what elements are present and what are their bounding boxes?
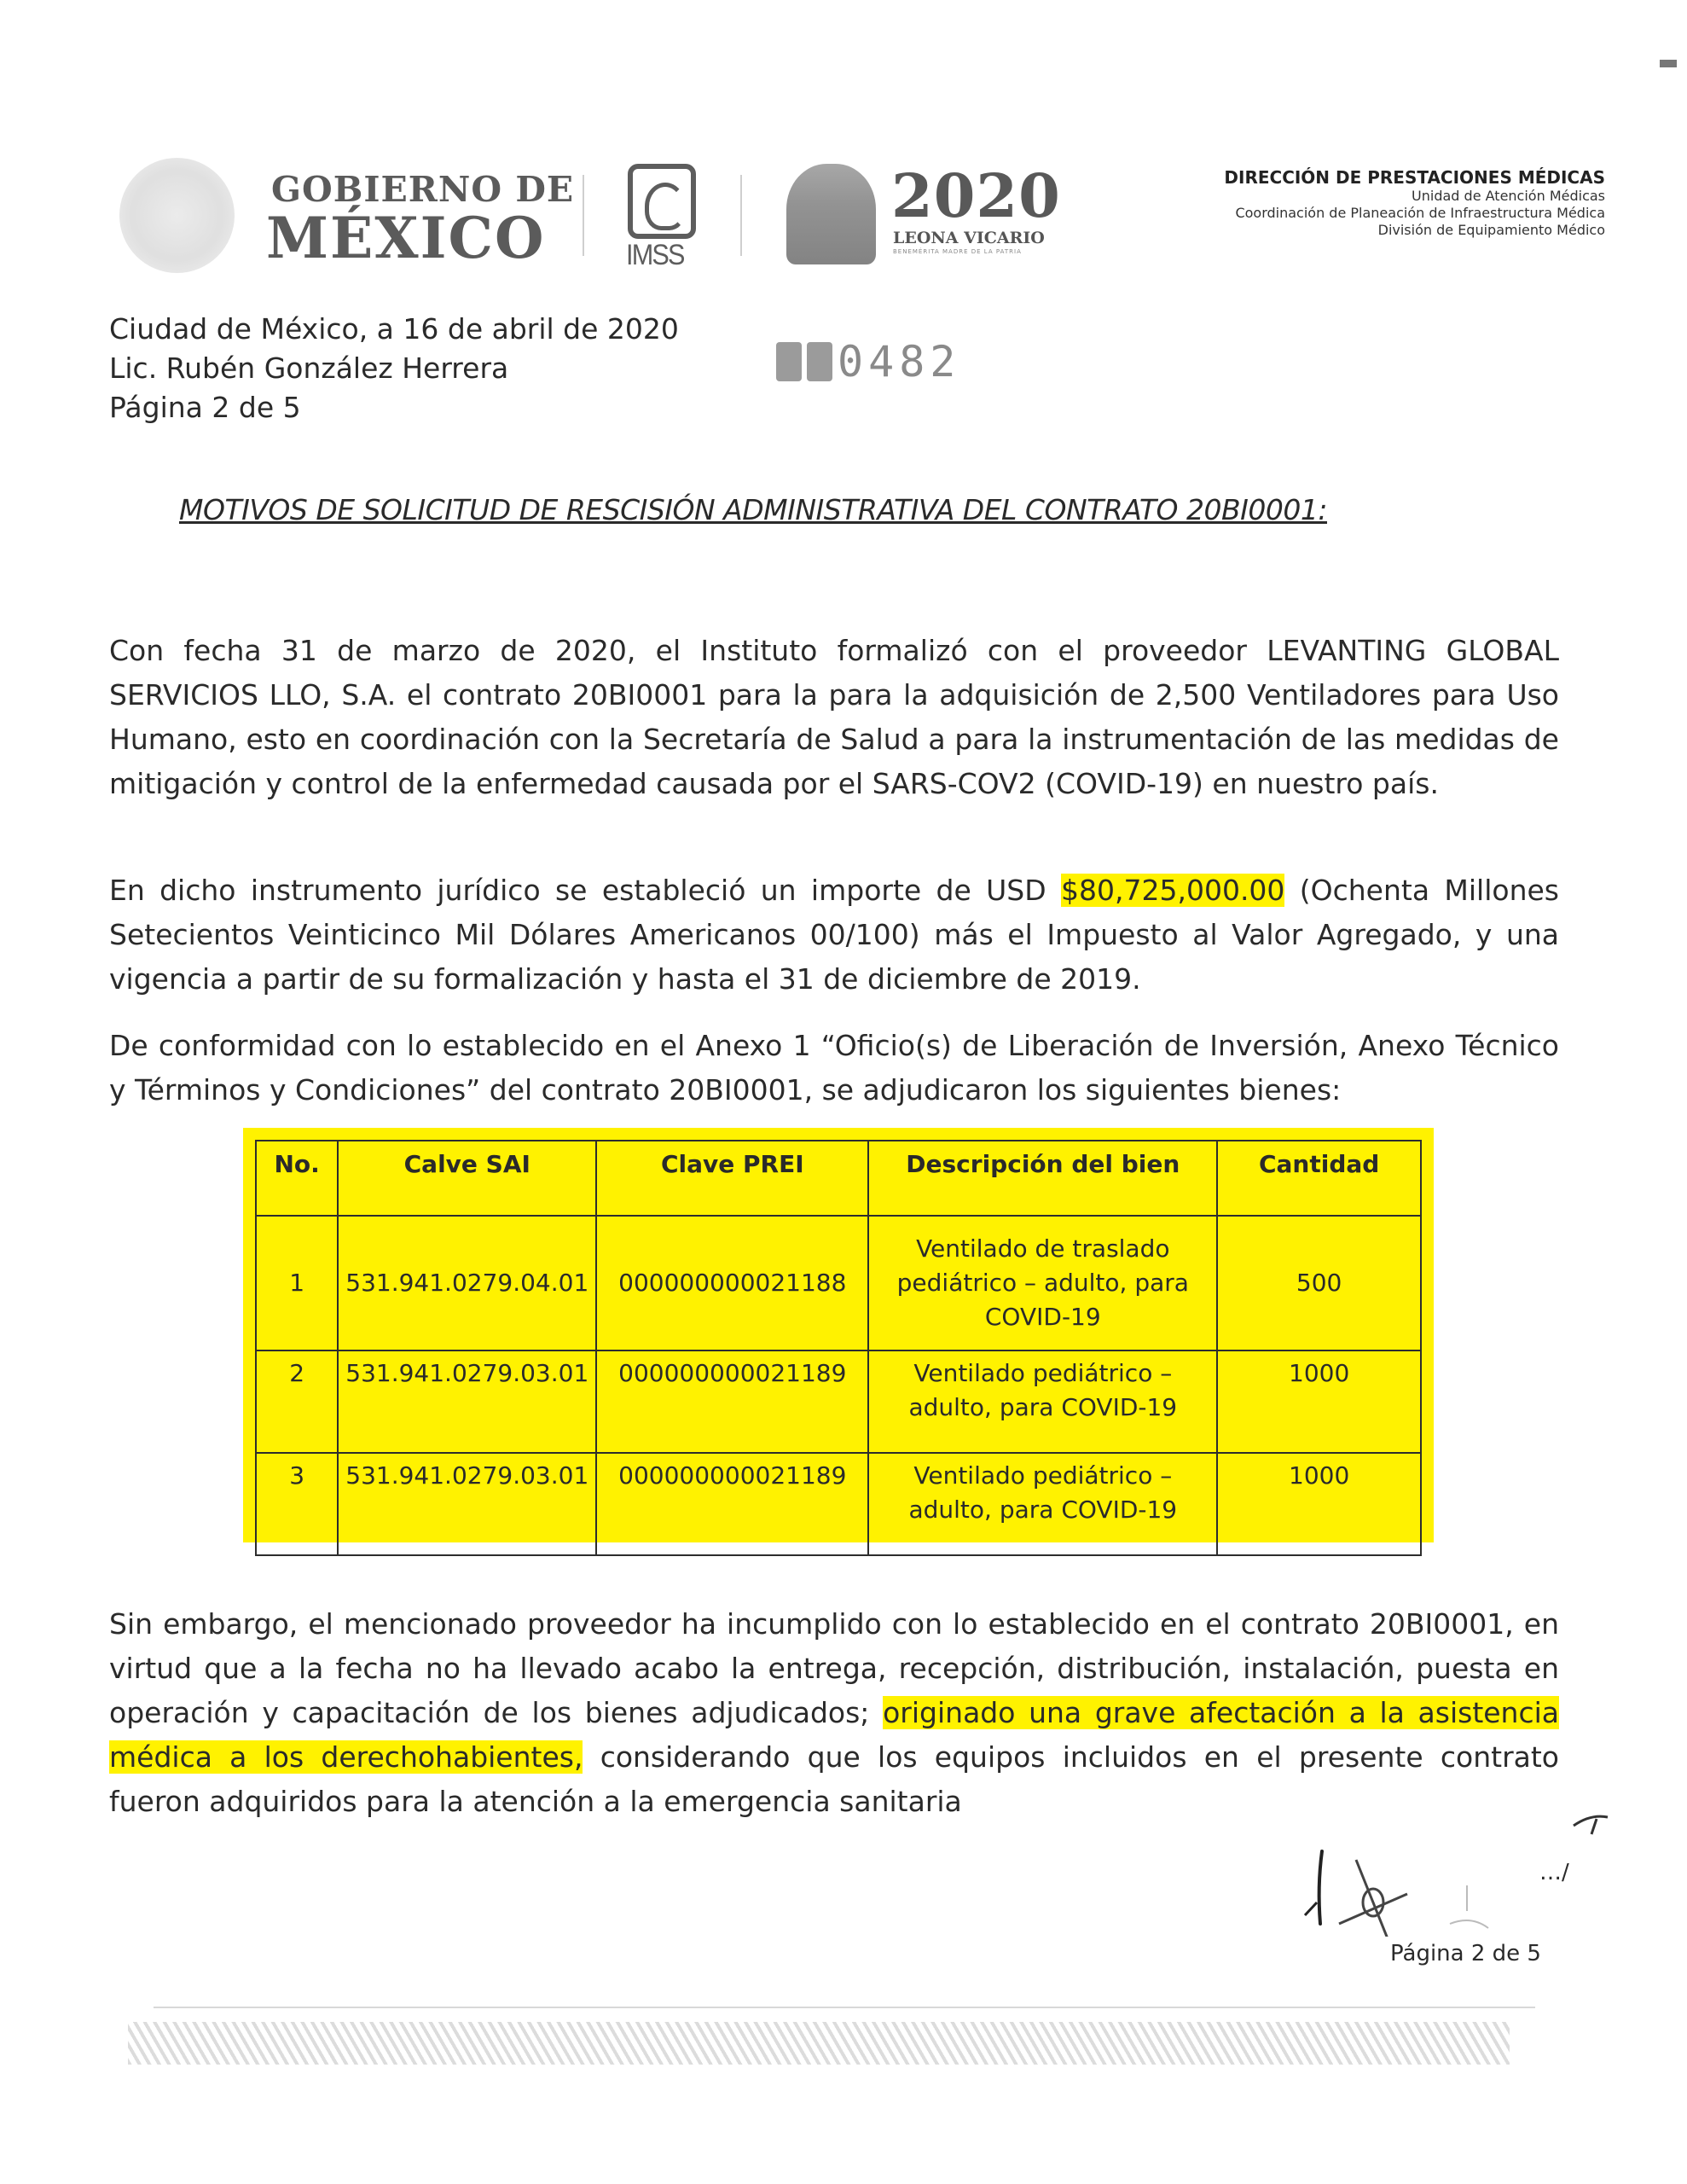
- paragraph-1: Con fecha 31 de marzo de 2020, el Instit…: [109, 629, 1559, 806]
- logo-divider: [583, 175, 584, 256]
- header-clave-prei: Clave PREI: [596, 1141, 868, 1216]
- national-seal-icon: [119, 158, 235, 273]
- goods-table: No. Calve SAI Clave PREI Descripción del…: [255, 1140, 1422, 1556]
- footer-page-indicator: Página 2 de 5: [1390, 1941, 1541, 1966]
- cell-no: 1: [256, 1216, 338, 1350]
- department-title: DIRECCIÓN DE PRESTACIONES MÉDICAS: [1224, 167, 1605, 188]
- stamp-number: 0482: [838, 337, 960, 386]
- section-heading: MOTIVOS DE SOLICITUD DE RESCISIÓN ADMINI…: [179, 493, 1327, 526]
- cell-cantidad: 1000: [1217, 1453, 1421, 1555]
- letter-meta: Ciudad de México, a 16 de abril de 2020 …: [109, 310, 679, 427]
- header-clave-sai: Calve SAI: [338, 1141, 596, 1216]
- imss-label: IMSS: [626, 239, 684, 272]
- header-no: No.: [256, 1141, 338, 1216]
- table-header-row: No. Calve SAI Clave PREI Descripción del…: [256, 1141, 1421, 1216]
- footer-divider: [154, 2007, 1535, 2008]
- pen-mark-icon: [1569, 1807, 1612, 1841]
- cell-clave-prei: 000000000021188: [596, 1216, 868, 1350]
- cell-descripcion: Ventilado pediátrico – adulto, para COVI…: [868, 1350, 1217, 1453]
- leona-vicario-name: LEONA VICARIO: [893, 229, 1045, 247]
- paragraph-4: Sin embargo, el mencionado proveedor ha …: [109, 1602, 1559, 1824]
- initials-signature-icon: [1296, 1843, 1578, 1937]
- department-block: DIRECCIÓN DE PRESTACIONES MÉDICAS Unidad…: [1224, 167, 1605, 239]
- table-row: 2 531.941.0279.03.01 000000000021189 Ven…: [256, 1350, 1421, 1453]
- department-line: Unidad de Atención Médicas: [1224, 188, 1605, 205]
- cell-clave-prei: 000000000021189: [596, 1350, 868, 1453]
- continuation-mark: …/: [1539, 1860, 1569, 1885]
- p2-text: En dicho instrumento jurídico se estable…: [109, 874, 1061, 907]
- gobierno-logo-line1: GOBIERNO DE: [271, 169, 574, 210]
- amount-highlight: $80,725,000.00: [1061, 874, 1284, 907]
- cell-clave-sai: 531.941.0279.04.01: [338, 1216, 596, 1350]
- cell-no: 2: [256, 1350, 338, 1453]
- header-descripcion: Descripción del bien: [868, 1141, 1217, 1216]
- place-date: Ciudad de México, a 16 de abril de 2020: [109, 310, 679, 349]
- recipient: Lic. Rubén González Herrera: [109, 349, 679, 388]
- imss-logo-icon: [628, 164, 696, 239]
- gobierno-logo-line2: MÉXICO: [266, 205, 545, 271]
- cell-cantidad: 1000: [1217, 1350, 1421, 1453]
- table-row: 3 531.941.0279.03.01 000000000021189 Ven…: [256, 1453, 1421, 1555]
- footer-decorative-pattern: [128, 2022, 1510, 2065]
- page-indicator: Página 2 de 5: [109, 388, 679, 427]
- department-line: Coordinación de Planeación de Infraestru…: [1224, 205, 1605, 222]
- cell-clave-prei: 000000000021189: [596, 1453, 868, 1555]
- stamp-block: [807, 342, 832, 381]
- year-logo: 2020: [891, 160, 1061, 231]
- cell-clave-sai: 531.941.0279.03.01: [338, 1453, 596, 1555]
- cell-clave-sai: 531.941.0279.03.01: [338, 1350, 596, 1453]
- paragraph-2: En dicho instrumento jurídico se estable…: [109, 868, 1559, 1002]
- cell-descripcion: Ventilado pediátrico – adulto, para COVI…: [868, 1453, 1217, 1555]
- cell-no: 3: [256, 1453, 338, 1555]
- leona-vicario-portrait-icon: [786, 164, 876, 264]
- cell-cantidad: 500: [1217, 1216, 1421, 1350]
- department-line: División de Equipamiento Médico: [1224, 222, 1605, 239]
- paragraph-3: De conformidad con lo establecido en el …: [109, 1024, 1559, 1112]
- folio-stamp: 0482: [776, 337, 960, 386]
- header-cantidad: Cantidad: [1217, 1141, 1421, 1216]
- leona-vicario-subtitle: BENEMÉRITA MADRE DE LA PATRIA: [893, 248, 1022, 255]
- stamp-block: [776, 342, 802, 381]
- table-row: 1 531.941.0279.04.01 000000000021188 Ven…: [256, 1216, 1421, 1350]
- logo-divider: [740, 175, 742, 256]
- scan-mark: [1660, 60, 1677, 67]
- goods-table-highlight: No. Calve SAI Clave PREI Descripción del…: [243, 1128, 1434, 1542]
- cell-descripcion: Ventilado de traslado pediátrico – adult…: [868, 1216, 1217, 1350]
